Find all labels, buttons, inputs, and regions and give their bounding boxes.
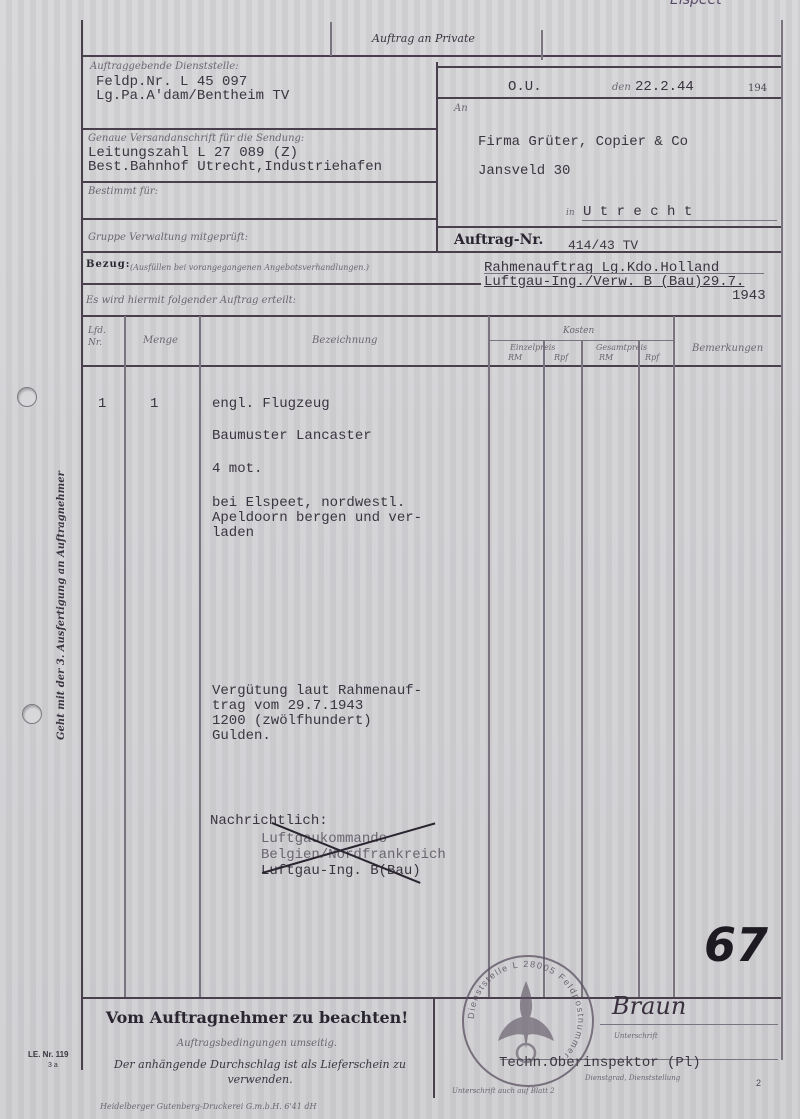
signature-sheet-note: Unterschrift auch auf Blatt 2 [452,1087,555,1095]
place: O.U. [508,80,542,95]
col-header-kosten: Kosten [563,326,594,336]
reference-hint: (Ausfüllen bei vorangegangenen Angebotsv… [130,263,369,272]
recipient-city: U t r e c h t [583,205,692,220]
col-header-einzelpreis: Einzelpreis [510,343,555,352]
shipping-address-label: Genaue Versandanschrift für die Sendung: [88,133,304,144]
document-page: Elspeet Auftrag an Private Auftraggebend… [0,0,800,1119]
issuing-office-line2: Lg.Pa.A'dam/Bentheim TV [96,89,289,104]
date-prefix-label: den [612,82,631,93]
col-header-bezeichnung: Bezeichnung [312,335,377,346]
col-header-bemerkungen: Bemerkungen [692,343,763,354]
col-header-einzel-rm: RM [508,353,522,362]
form-code-sub: 3 a [48,1062,58,1069]
punch-hole-bottom [22,704,42,724]
group-admin-label: Gruppe Verwaltung mitgeprüft: [88,232,248,243]
reference-label: Bezug: [86,259,130,270]
signature: Braun [612,992,686,1020]
official-stamp: Dienststelle L 28005 Feldpostnummer [462,955,594,1087]
signer-title-label: Dienstgrad, Dienststellung [585,1074,680,1082]
reference-line3: 1943 [732,289,766,304]
notice-label: Nachrichtlich: [210,814,328,829]
row-description-1: engl. Flugzeug [212,397,330,412]
order-statement: Es wird hiermit folgender Auftrag erteil… [86,295,296,306]
row-lfd-nr: 1 [98,397,106,412]
side-routing-note: Geht mit der 3. Ausfertigung an Auftragn… [56,471,67,740]
recipient-city-prefix: in [566,208,575,218]
year-prefix-label: 194 [748,83,767,94]
col-header-lfd-nr: Lfd. Nr. [88,325,118,349]
row-menge: 1 [150,397,158,412]
handwritten-note: Elspeet [670,0,722,8]
col-header-einzel-rpf: Rpf [554,353,568,362]
page-mark: 2 [756,1078,761,1088]
form-code: LE. Nr. 119 [28,1050,68,1059]
recipient-label: An [454,103,468,114]
order-number-label: Auftrag-Nr. [454,232,543,248]
punch-hole-top [17,387,37,407]
issuing-office-label: Auftraggebende Dienststelle: [90,61,239,72]
row-description-2: Baumuster Lancaster [212,429,372,444]
form-title: Auftrag an Private [372,32,475,45]
footer-terms-note: Auftragsbedingungen umseitig. [81,1038,433,1049]
signature-label: Unterschrift [614,1032,658,1040]
destined-for-label: Bestimmt für: [88,186,158,197]
row-description-4: bei Elspeet, nordwestl. Apeldoorn bergen… [212,496,422,541]
recipient-name: Firma Grüter, Copier & Co [478,135,688,150]
footer-delivery-note: Der anhängende Durchschlag ist als Liefe… [100,1057,420,1087]
col-header-gesamt-rpf: Rpf [645,353,659,362]
col-header-menge: Menge [143,335,178,346]
reference-line2: Luftgau-Ing./Verw. B (Bau)29.7. [484,275,744,290]
compensation-text: Vergütung laut Rahmenauf- trag vom 29.7.… [212,684,422,744]
footer-heading: Vom Auftragnehmer zu beachten! [81,1008,433,1027]
shipping-address-line2: Best.Bahnhof Utrecht,Industriehafen [88,160,382,175]
printer-imprint: Heidelberger Gutenberg-Druckerei G.m.b.H… [100,1102,316,1111]
handwritten-page-number: 67 [704,918,768,972]
order-date: 22.2.44 [635,80,694,95]
recipient-street: Jansveld 30 [478,164,570,179]
row-description-3: 4 mot. [212,462,262,477]
col-header-gesamt-rm: RM [599,353,613,362]
col-header-gesamtpreis: Gesamtpreis [596,343,647,352]
eagle-emblem-icon [498,981,554,1062]
